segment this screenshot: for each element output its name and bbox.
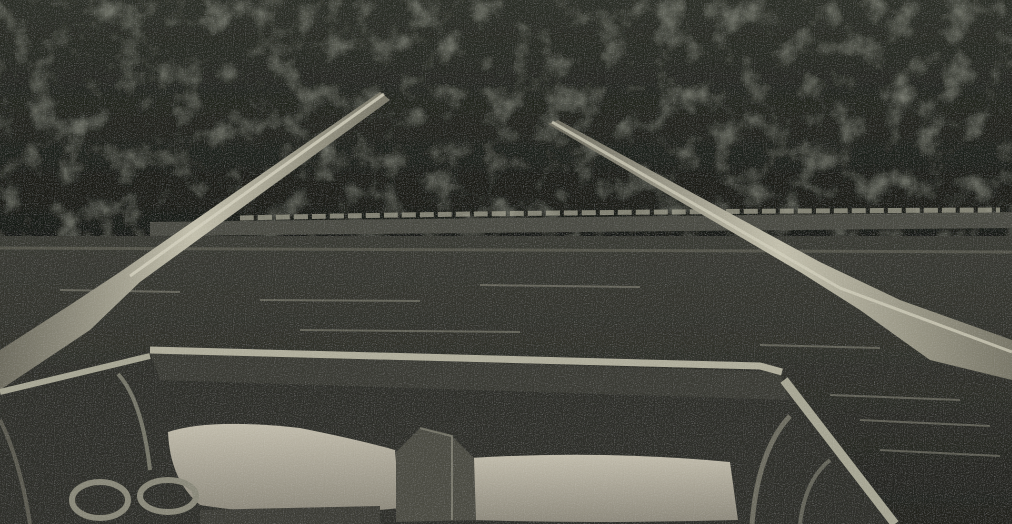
rowboat-photo <box>0 0 1012 524</box>
photo-frame: Vintage black-and-white photograph taken… <box>0 0 1012 524</box>
